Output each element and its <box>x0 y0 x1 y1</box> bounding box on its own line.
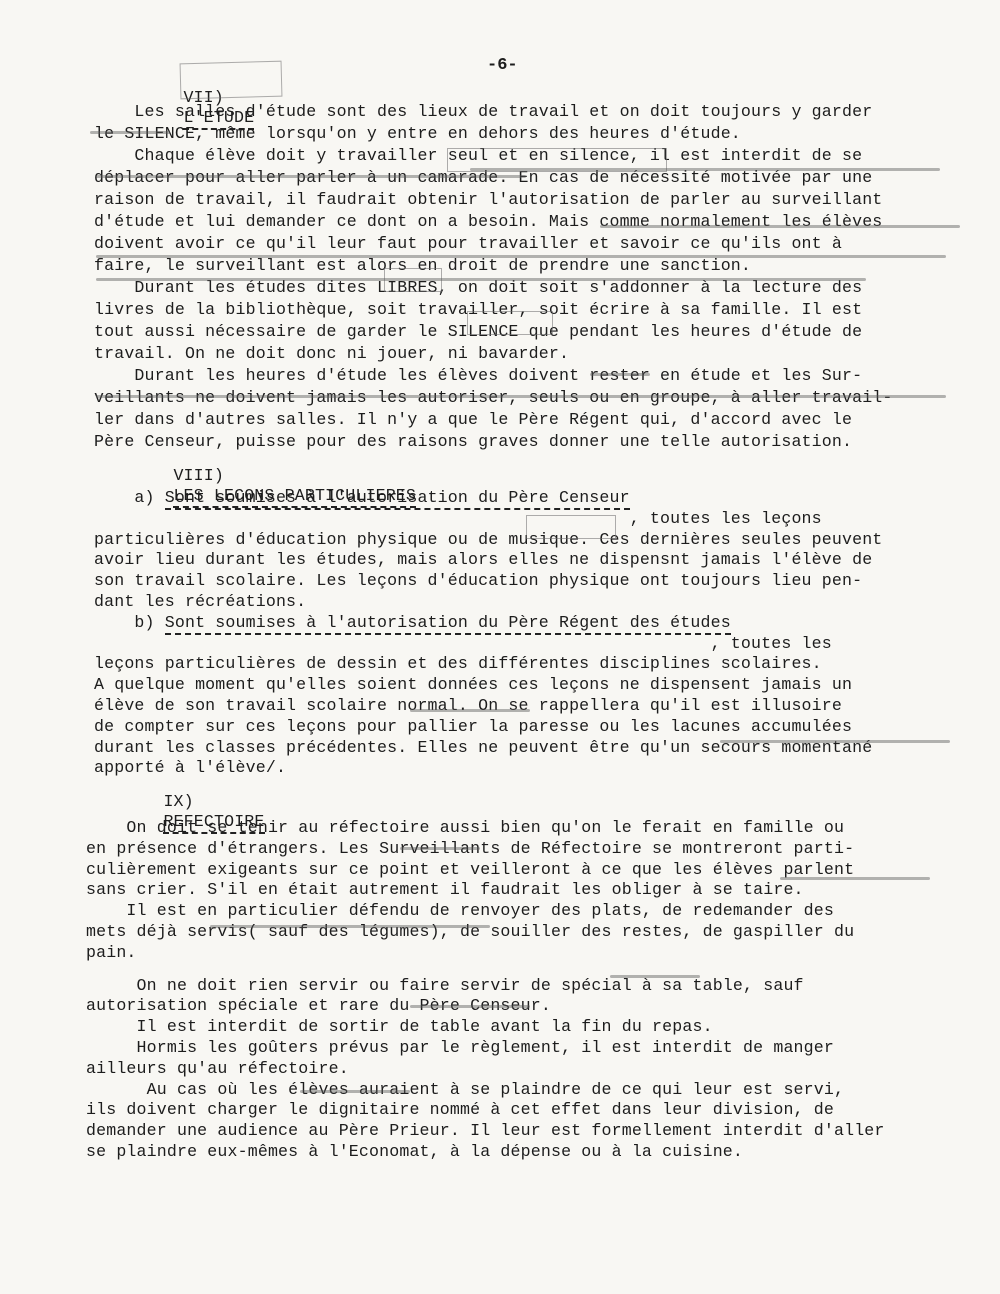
pencil-underline <box>210 925 490 928</box>
text-line: A quelque moment qu'elles soient données… <box>94 675 852 695</box>
dashed-underlined-phrase: Sont soumises à l'autorisation du Père C… <box>165 488 630 510</box>
text-line: se plaindre eux-mêmes à l'Economat, à la… <box>86 1142 743 1162</box>
text-line: a) Sont soumises à l'autorisation du Pèr… <box>94 488 630 508</box>
pencil-underline <box>96 278 866 281</box>
pencil-box <box>526 515 616 539</box>
pencil-box <box>180 61 283 100</box>
pencil-underline <box>610 975 700 978</box>
pencil-underline <box>90 131 170 134</box>
text-line: Au cas où les élèves auraient à se plain… <box>86 1080 844 1100</box>
text-line: raison de travail, il faudrait obtenir l… <box>94 190 882 210</box>
text-line: pain. <box>86 943 137 963</box>
text-line: particulières d'éducation physique ou de… <box>94 530 882 550</box>
text-line: le SILENCE, même lorsqu'on y entre en de… <box>94 124 741 144</box>
pencil-underline <box>410 1005 530 1008</box>
text-line: , toutes les <box>94 634 832 654</box>
text-line: ler dans d'autres salles. Il n'y a que l… <box>94 410 852 430</box>
section-number: VIII) <box>173 466 224 485</box>
text-line: b) Sont soumises à l'autorisation du Pèr… <box>94 613 731 633</box>
text-line: Durant les heures d'étude les élèves doi… <box>94 366 862 386</box>
text-line: On ne doit rien servir ou faire servir d… <box>86 976 804 996</box>
text-line: dant les récréations. <box>94 592 306 612</box>
text-line: Il est interdit de sortir de table avant… <box>86 1017 713 1037</box>
text-line: On doit se tenir au réfectoire aussi bie… <box>86 818 844 838</box>
text-line: doivent avoir ce qu'il leur faut pour tr… <box>94 234 842 254</box>
pencil-box <box>467 311 553 335</box>
text-line: , toutes les leçons <box>94 509 822 529</box>
document-page: -6- VII) L'ETUDE Les salles d'étude sont… <box>0 0 1000 1294</box>
text-line: demander une audience au Père Prieur. Il… <box>86 1121 885 1141</box>
text-line: Durant les études dites LIBRES, on doit … <box>94 278 862 298</box>
text-line: sans crier. S'il en était autrement il f… <box>86 880 804 900</box>
pencil-underline <box>300 1090 410 1093</box>
text-line: veillants ne doivent jamais les autorise… <box>94 388 893 408</box>
page-number: -6- <box>487 56 518 75</box>
text-line: ils doivent charger le dignitaire nommé … <box>86 1100 834 1120</box>
text-line: Les salles d'étude sont des lieux de tra… <box>94 102 872 122</box>
text-line: leçons particulières de dessin et des di… <box>94 654 822 674</box>
pencil-underline <box>470 168 940 171</box>
text-line: ailleurs qu'au réfectoire. <box>86 1059 349 1079</box>
text-line: de compter sur ces leçons pour pallier l… <box>94 717 852 737</box>
pencil-underline <box>400 847 480 850</box>
text-line: culièrement exigeants sur ce point et ve… <box>86 860 854 880</box>
text-line: élève de son travail scolaire normal. On… <box>94 696 842 716</box>
text-line: avoir lieu durant les études, mais alors… <box>94 550 872 570</box>
pencil-underline <box>96 395 946 398</box>
text-line: d'étude et lui demander ce dont on a bes… <box>94 212 882 232</box>
pencil-underline <box>780 877 930 880</box>
pencil-underline <box>410 709 530 712</box>
section-number: IX) <box>163 792 193 811</box>
dashed-underlined-phrase: Sont soumises à l'autorisation du Père R… <box>165 613 731 635</box>
text-line: Hormis les goûters prévus par le règleme… <box>86 1038 834 1058</box>
text-line: Il est en particulier défendu de renvoye… <box>86 901 834 921</box>
pencil-underline <box>600 225 960 228</box>
pencil-underline <box>590 373 650 376</box>
pencil-underline <box>96 175 526 178</box>
text-line: travail. On ne doit donc ni jouer, ni ba… <box>94 344 569 364</box>
text-line: son travail scolaire. Les leçons d'éduca… <box>94 571 862 591</box>
pencil-underline <box>96 255 946 258</box>
pencil-underline <box>720 740 950 743</box>
